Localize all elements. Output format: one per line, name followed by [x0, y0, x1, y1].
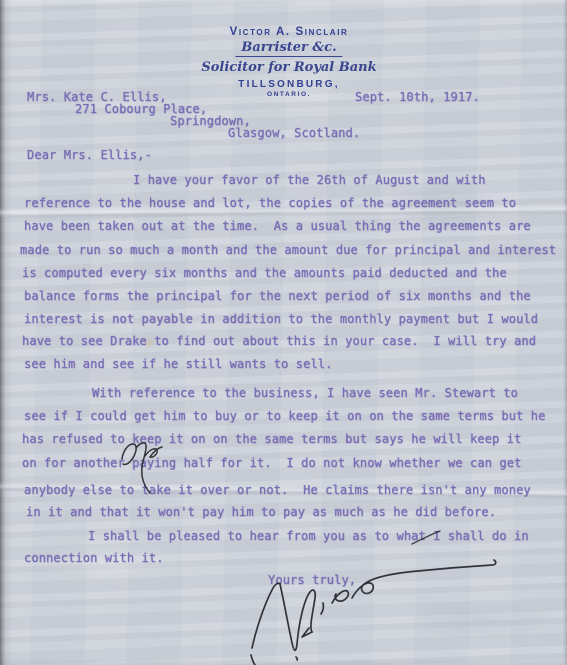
letterhead-title: Barrister &c. [235, 40, 342, 57]
closing: Yours truly, [268, 573, 356, 587]
signature-ink [235, 550, 510, 665]
letterhead: Victor A. Sinclair Barrister &c. Solicit… [201, 26, 376, 98]
recipient-city: Glasgow, Scotland. [228, 126, 360, 140]
letterhead-name: Victor A. Sinclair [201, 26, 376, 38]
body-line: I shall be pleased to hear from you as t… [88, 529, 529, 543]
letter-date: Sept. 10th, 1917. [355, 90, 480, 104]
body-line: see him and see if he still wants to sel… [24, 357, 332, 371]
body-line: anybody else to take it over or not. He … [24, 483, 531, 497]
letterhead-subtitle: Solicitor for Royal Bank [201, 60, 376, 75]
body-line: have been taken out at the time. As a us… [24, 219, 531, 233]
body-line: made to run so much a month and the amou… [20, 243, 556, 257]
body-line: is computed every six months and the amo… [22, 266, 507, 280]
letterhead-province: ONTARIO. [201, 91, 376, 98]
body-line: see if I could get him to buy or to keep… [24, 409, 545, 423]
body-line: has refused to keep it on on the same te… [22, 432, 521, 446]
body-line: connection with it. [24, 551, 164, 565]
letter-page: Victor A. Sinclair Barrister &c. Solicit… [0, 0, 567, 665]
body-line: With reference to the business, I have s… [92, 386, 518, 400]
body-line: I have your favor of the 26th of August … [133, 173, 486, 187]
body-line: reference to the house and lot, the copi… [24, 196, 516, 210]
body-line: on for another paying half for it. I do … [22, 456, 521, 470]
body-line: interest is not payable in addition to t… [24, 312, 538, 326]
letterhead-city: TILLSONBURG, [201, 79, 376, 90]
body-line: have to see Drake to find out about this… [22, 334, 536, 348]
salutation: Dear Mrs. Ellis,- [27, 148, 152, 162]
body-line: in it and that it won't pay him to pay a… [26, 505, 496, 519]
body-line: balance forms the principal for the next… [24, 289, 531, 303]
